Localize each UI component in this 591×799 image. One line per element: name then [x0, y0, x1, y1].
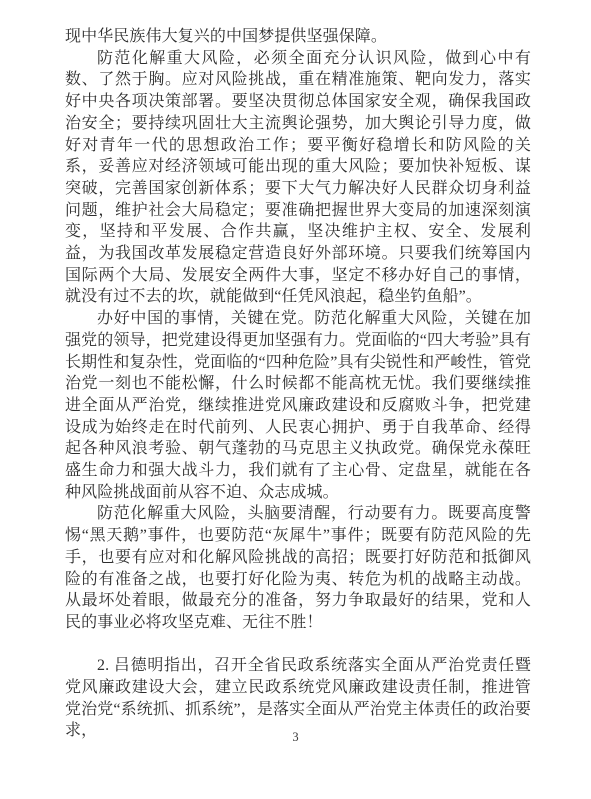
paragraph-party-leadership: 办好中国的事情，关键在党。防范化解重大风险，关键在加强党的领导，把党建设得更加坚…: [65, 308, 531, 503]
page-number: 3: [0, 730, 591, 745]
paragraph-risk-awareness: 防范化解重大风险，必须全面充分认识风险，做到心中有数、了然于胸。应对风险挑战，重…: [65, 48, 531, 308]
page-content: 现中华民族伟大复兴的中国梦提供坚强保障。 防范化解重大风险，必须全面充分认识风险…: [65, 26, 531, 742]
document-page: 现中华民族伟大复兴的中国梦提供坚强保障。 防范化解重大风险，必须全面充分认识风险…: [0, 0, 591, 799]
paragraph-continuation: 现中华民族伟大复兴的中国梦提供坚强保障。: [65, 26, 531, 48]
paragraph-clear-mind: 防范化解重大风险，头脑要清醒，行动要有力。既要高度警惕“黑天鹅”事件，也要防范“…: [65, 503, 531, 633]
